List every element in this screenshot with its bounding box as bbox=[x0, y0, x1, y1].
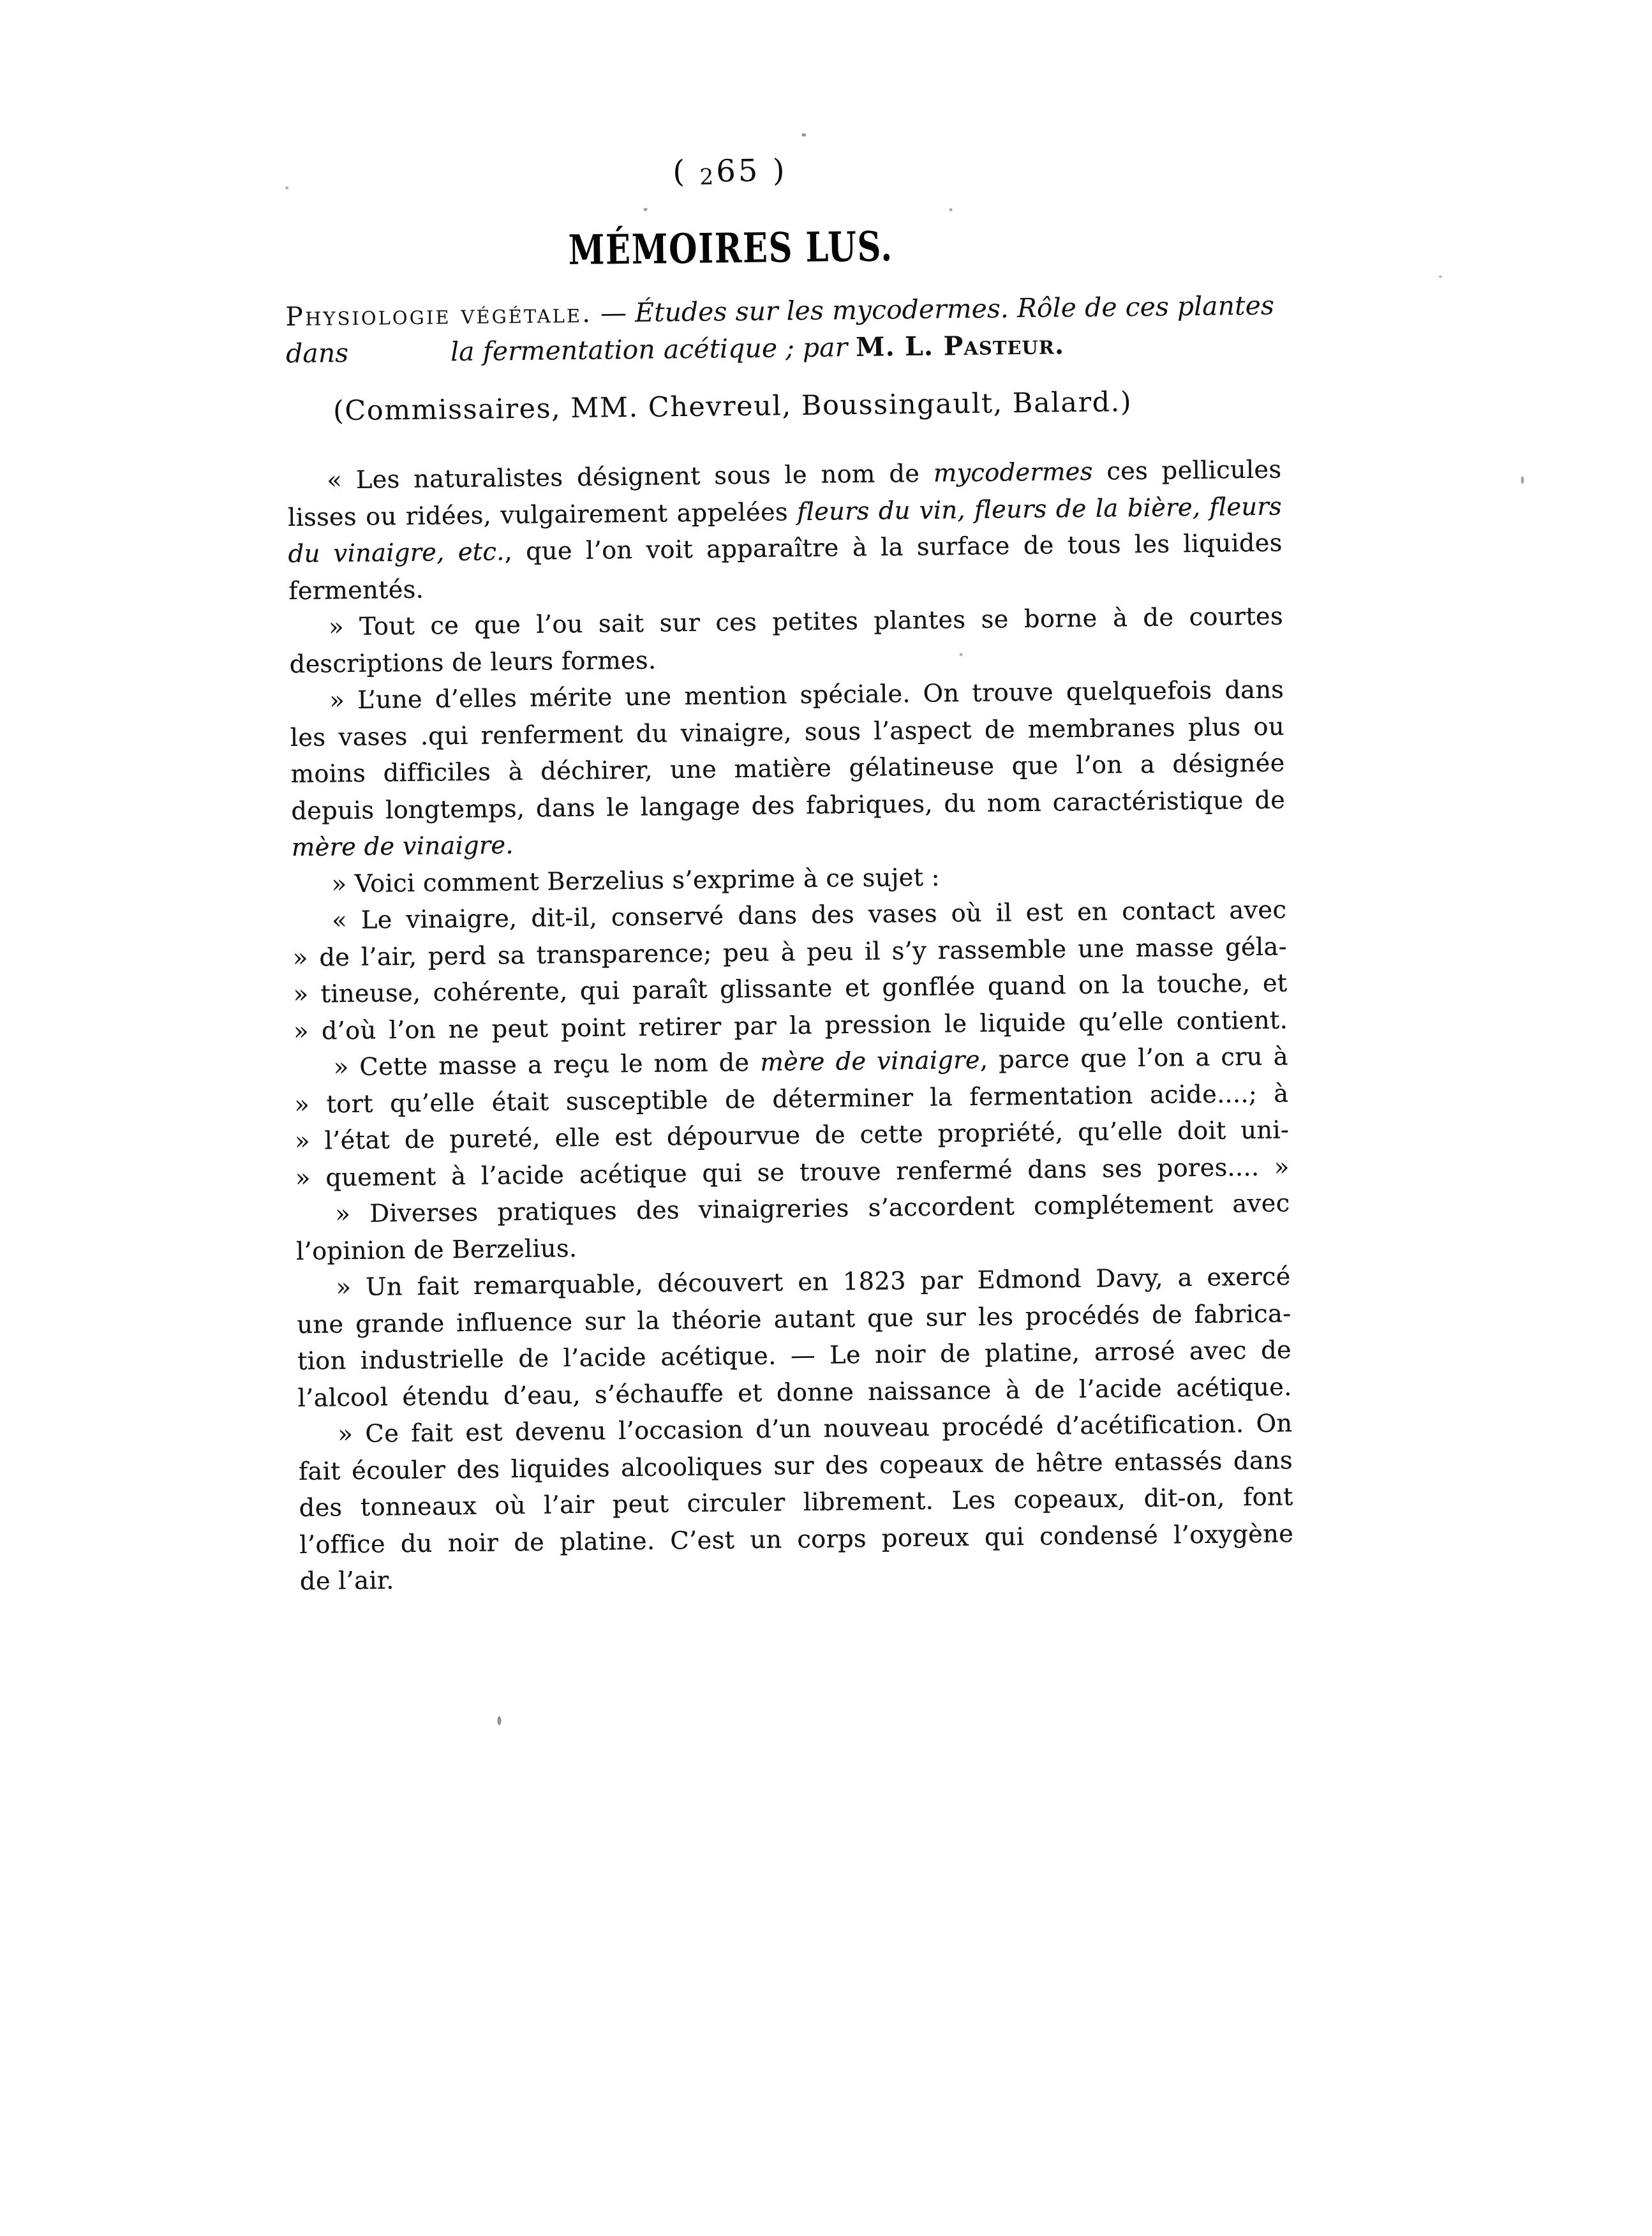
text-segment: du vinaigre, etc. bbox=[288, 537, 504, 569]
text-segment: l’opinion de Berzelius. bbox=[296, 1234, 577, 1266]
document-page: { "page": { "number_open": "(", "number_… bbox=[0, 0, 1652, 2236]
text-segment: mère de vinaigre bbox=[760, 1046, 980, 1077]
text-segment: depuis longtemps, dans le langage des fa… bbox=[291, 786, 1285, 826]
text-segment: moins difficiles à déchirer, une matière… bbox=[290, 749, 1284, 789]
text-segment: mycodermes bbox=[934, 458, 1093, 488]
ink-speck bbox=[644, 208, 648, 211]
text-segment: » Un fait remarquable, découvert en 1823… bbox=[336, 1262, 1290, 1302]
page-number-digit: 2 bbox=[699, 165, 716, 190]
text-segment: ces pellicules bbox=[1092, 455, 1281, 486]
text-segment: « Le vinaigre, dit-il, conservé dans des… bbox=[332, 895, 1286, 935]
ink-speck bbox=[949, 208, 953, 211]
text-segment: fleurs du vin, fleurs de la bière, fleur… bbox=[797, 492, 1282, 526]
text-segment: » tineuse, cohérente, qui paraît glissan… bbox=[293, 969, 1287, 1009]
text-segment: , parce que l’on a cru à bbox=[980, 1042, 1288, 1074]
scanned-page: ( 265 ) MÉMOIRES LUS. Physiologie végéta… bbox=[0, 0, 1652, 2236]
commissioners-line: (Commissaires, MM. Chevreul, Boussingaul… bbox=[235, 385, 1230, 428]
article-title: Physiologie végétale. — Études sur les m… bbox=[285, 287, 1280, 372]
text-segment: lisses ou ridées, vulgairement appelées bbox=[288, 498, 798, 532]
text-segment: » l’état de pureté, elle est dépourvue d… bbox=[295, 1115, 1289, 1156]
text-segment: » Voici comment Berzelius s’exprime à ce… bbox=[331, 863, 940, 898]
text-segment: — bbox=[592, 297, 636, 329]
text-segment: Physiologie végétale. bbox=[285, 298, 592, 332]
text-segment: « Les naturalistes désignent sous le nom… bbox=[327, 459, 934, 495]
text-segment: » Tout ce que l’ou sait sur ces petites … bbox=[329, 602, 1283, 641]
text-segment: la fermentation acétique ; par bbox=[450, 331, 856, 366]
section-heading: MÉMOIRES LUS. bbox=[333, 220, 1129, 277]
text-segment: , que l’on voit apparaître à la surface … bbox=[504, 528, 1282, 566]
text-segment: mère de vinaigre. bbox=[292, 831, 514, 862]
text-segment: fermentés. bbox=[288, 575, 424, 605]
text-segment: M. L. Pasteur. bbox=[856, 329, 1064, 362]
text-segment: » L’une d’elles mérite une mention spéci… bbox=[329, 675, 1284, 715]
ink-speck bbox=[801, 133, 806, 137]
text-segment: tion industrielle de l’acide acétique. —… bbox=[297, 1336, 1291, 1376]
ink-speck bbox=[1521, 476, 1524, 484]
ink-speck bbox=[1439, 276, 1442, 278]
ink-speck bbox=[960, 653, 963, 656]
page-number-close-paren: ) bbox=[772, 153, 787, 188]
page-number-rest: 65 bbox=[716, 153, 761, 190]
text-segment: » Diverses pratiques des vinaigreries s’… bbox=[335, 1189, 1290, 1228]
text-segment: des tonneaux où l’air peut circuler libr… bbox=[299, 1482, 1293, 1523]
page-number-open-paren: ( bbox=[673, 154, 687, 190]
ink-speck bbox=[497, 1716, 501, 1725]
ink-speck bbox=[285, 186, 288, 190]
text-segment: » Cette masse a reçu le nom de bbox=[334, 1048, 761, 1082]
text-segment: l’office du noir de platine. C’est un co… bbox=[299, 1519, 1293, 1560]
body-text: « Les naturalistes désignent sous le nom… bbox=[287, 451, 1294, 1600]
text-segment: » Ce fait est devenu l’occasion d’un nou… bbox=[338, 1409, 1292, 1449]
text-segment: de l’air. bbox=[300, 1566, 394, 1596]
page-number: ( 265 ) bbox=[233, 147, 1228, 195]
text-segment: descriptions de leurs formes. bbox=[289, 646, 656, 679]
scan-artifacts bbox=[0, 0, 1647, 3]
